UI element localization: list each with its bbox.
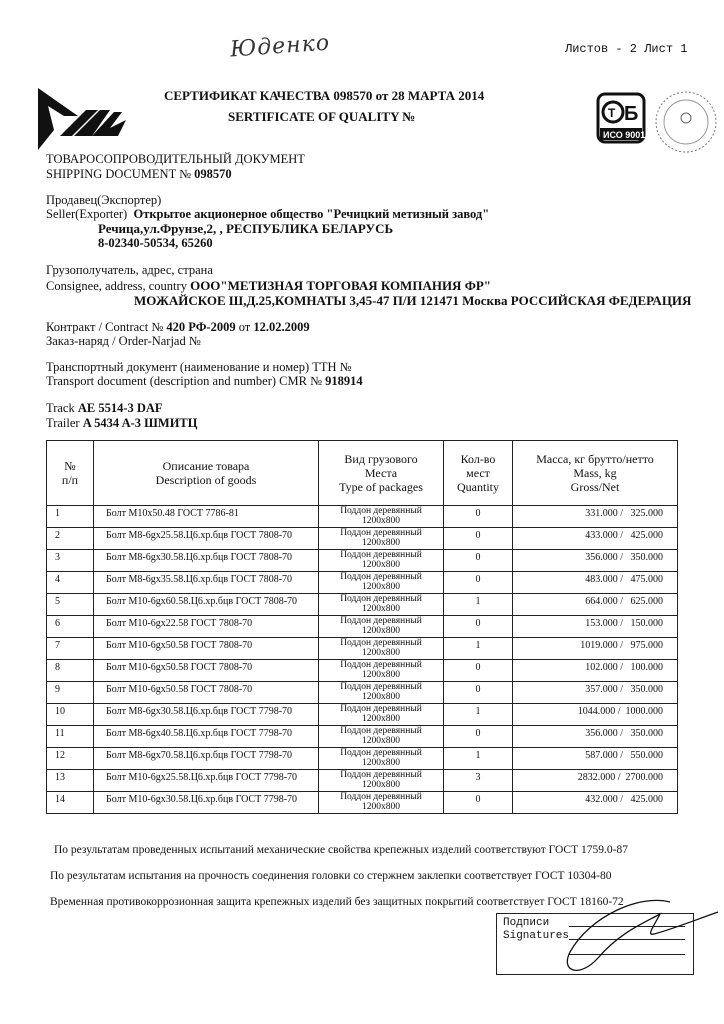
- consignee-name: ООО"МЕТИЗНАЯ ТОРГОВАЯ КОМПАНИЯ ФР": [190, 278, 491, 293]
- package-type: Поддон деревянный: [319, 572, 443, 582]
- seller-label-ru: Продавец(Экспортер): [46, 193, 161, 208]
- header-num-line: №: [47, 459, 93, 473]
- row-quantity: 1: [444, 594, 513, 616]
- package-type: Поддон деревянный: [319, 770, 443, 780]
- conclusion-mechanical: По результатам проведенных испытаний мех…: [54, 844, 628, 856]
- package-size: 1200х800: [319, 758, 443, 768]
- header-pack-line: Type of packages: [319, 480, 443, 494]
- row-number: 5: [47, 594, 94, 616]
- trailer-value: A 5434 A-3 ШМИТЦ: [83, 416, 198, 430]
- seller-phones: 8-02340-50534, 65260: [98, 236, 213, 251]
- shipping-label: SHIPPING DOCUMENT №: [46, 167, 194, 181]
- row-description: Болт М10-6gх60.58.Ц6.хр.бцв ГОСТ 7808-70: [94, 594, 319, 616]
- row-number: 9: [47, 682, 94, 704]
- package-type: Поддон деревянный: [319, 616, 443, 626]
- package-type: Поддон деревянный: [319, 594, 443, 604]
- sheet-counter: Листов - 2 Лист 1: [565, 42, 687, 56]
- row-package: Поддон деревянный1200х800: [319, 594, 444, 616]
- row-number: 13: [47, 770, 94, 792]
- package-size: 1200х800: [319, 714, 443, 724]
- handwritten-signature-icon: [550, 896, 724, 986]
- package-size: 1200х800: [319, 626, 443, 636]
- row-description: Болт М10-6gх50.58 ГОСТ 7808-70: [94, 660, 319, 682]
- header-qty-line: Quantity: [444, 480, 512, 494]
- row-package: Поддон деревянный1200х800: [319, 704, 444, 726]
- header-mass: Масса, кг брутто/нетто Mass, kg Gross/Ne…: [513, 441, 678, 506]
- table-row: 6Болт М10-6gх22.58 ГОСТ 7808-70Поддон де…: [47, 616, 678, 638]
- contract-label: Контракт / Contract №: [46, 320, 166, 334]
- row-quantity: 0: [444, 572, 513, 594]
- row-description: Болт М10-6gх50.58 ГОСТ 7808-70: [94, 638, 319, 660]
- row-package: Поддон деревянный1200х800: [319, 506, 444, 528]
- row-package: Поддон деревянный1200х800: [319, 792, 444, 814]
- row-mass: 102.000 / 100.000: [513, 660, 678, 682]
- row-quantity: 0: [444, 528, 513, 550]
- row-description: Болт М8-6gх30.58.Ц6.хр.бцв ГОСТ 7798-70: [94, 704, 319, 726]
- row-description: Болт М8-6gх70.58.Ц6.хр.бцв ГОСТ 7798-70: [94, 748, 319, 770]
- package-size: 1200х800: [319, 648, 443, 658]
- seller-row: Seller(Exporter) Открытое акционерное об…: [46, 207, 489, 222]
- consignee-label-ru: Грузополучатель, адрес, страна: [46, 263, 213, 278]
- row-number: 12: [47, 748, 94, 770]
- package-type: Поддон деревянный: [319, 638, 443, 648]
- package-size: 1200х800: [319, 560, 443, 570]
- table-row: 2Болт М8-6gх25.58.Ц6.хр.бцв ГОСТ 7808-70…: [47, 528, 678, 550]
- row-quantity: 0: [444, 682, 513, 704]
- goods-table: № п/п Описание товара Description of goo…: [46, 440, 678, 814]
- header-pack-line: Вид грузового: [319, 452, 443, 466]
- header-num-line: п/п: [47, 473, 93, 487]
- package-type: Поддон деревянный: [319, 792, 443, 802]
- track-row: Track AE 5514-3 DAF: [46, 401, 163, 416]
- package-size: 1200х800: [319, 604, 443, 614]
- cmr-number: 918914: [325, 374, 363, 388]
- row-quantity: 0: [444, 792, 513, 814]
- package-type: Поддон деревянный: [319, 660, 443, 670]
- transport-label-ru: Транспортный документ (наименование и но…: [46, 360, 352, 375]
- trailer-label: Trailer: [46, 416, 83, 430]
- row-description: Болт М8-6gх25.58.Ц6.хр.бцв ГОСТ 7808-70: [94, 528, 319, 550]
- row-mass: 1019.000 / 975.000: [513, 638, 678, 660]
- table-row: 7Болт М10-6gх50.58 ГОСТ 7808-70Поддон де…: [47, 638, 678, 660]
- table-row: 9Болт М10-6gх50.58 ГОСТ 7808-70Поддон де…: [47, 682, 678, 704]
- row-mass: 483.000 / 475.000: [513, 572, 678, 594]
- package-size: 1200х800: [319, 692, 443, 702]
- row-number: 2: [47, 528, 94, 550]
- row-package: Поддон деревянный1200х800: [319, 616, 444, 638]
- row-package: Поддон деревянный1200х800: [319, 660, 444, 682]
- row-package: Поддон деревянный1200х800: [319, 748, 444, 770]
- contract-row: Контракт / Contract № 420 РФ-2009 от 12.…: [46, 320, 310, 335]
- row-number: 10: [47, 704, 94, 726]
- row-description: Болт М10-6gх30.58.Ц6.хр.бцв ГОСТ 7798-70: [94, 792, 319, 814]
- header-mass-line: Масса, кг брутто/нетто: [513, 452, 677, 466]
- row-description: Болт М10-6gх50.58 ГОСТ 7808-70: [94, 682, 319, 704]
- package-type: Поддон деревянный: [319, 528, 443, 538]
- conclusion-corrosion: Временная противокоррозионная защита кре…: [50, 896, 624, 908]
- seller-address: Речица,ул.Фрунзе,2, , РЕСПУБЛИКА БЕЛАРУС…: [98, 221, 393, 236]
- row-number: 8: [47, 660, 94, 682]
- row-number: 1: [47, 506, 94, 528]
- row-number: 7: [47, 638, 94, 660]
- row-package: Поддон деревянный1200х800: [319, 572, 444, 594]
- conclusion-rivet: По результатам испытания на прочность со…: [50, 870, 612, 882]
- contract-number: 420 РФ-2009: [166, 320, 235, 334]
- row-quantity: 1: [444, 638, 513, 660]
- header-pack-line: Места: [319, 466, 443, 480]
- table-row: 12Болт М8-6gх70.58.Ц6.хр.бцв ГОСТ 7798-7…: [47, 748, 678, 770]
- row-quantity: 3: [444, 770, 513, 792]
- row-package: Поддон деревянный1200х800: [319, 682, 444, 704]
- package-type: Поддон деревянный: [319, 726, 443, 736]
- row-description: Болт М8-6gх30.58.Ц6.хр.бцв ГОСТ 7808-70: [94, 550, 319, 572]
- row-mass: 153.000 / 150.000: [513, 616, 678, 638]
- header-qty-line: мест: [444, 466, 512, 480]
- track-value: AE 5514-3 DAF: [78, 401, 163, 415]
- row-description: Болт М8-6gх35.58.Ц6.хр.бцв ГОСТ 7808-70: [94, 572, 319, 594]
- signatures-label-ru: Подписи: [503, 917, 549, 929]
- row-quantity: 0: [444, 726, 513, 748]
- row-number: 6: [47, 616, 94, 638]
- transport-label-en: Transport document (description and numb…: [46, 374, 325, 388]
- package-type: Поддон деревянный: [319, 682, 443, 692]
- package-size: 1200х800: [319, 670, 443, 680]
- table-row: 8Болт М10-6gх50.58 ГОСТ 7808-70Поддон де…: [47, 660, 678, 682]
- row-description: Болт М10х50.48 ГОСТ 7786-81: [94, 506, 319, 528]
- table-row: 1Болт М10х50.48 ГОСТ 7786-81Поддон дерев…: [47, 506, 678, 528]
- row-mass: 2832.000 / 2700.000: [513, 770, 678, 792]
- table-row: 5Болт М10-6gх60.58.Ц6.хр.бцв ГОСТ 7808-7…: [47, 594, 678, 616]
- seller-label-en: Seller(Exporter): [46, 207, 127, 221]
- shipping-number: 098570: [194, 167, 232, 181]
- table-row: 14Болт М10-6gх30.58.Ц6.хр.бцв ГОСТ 7798-…: [47, 792, 678, 814]
- row-mass: 357.000 / 350.000: [513, 682, 678, 704]
- package-type: Поддон деревянный: [319, 550, 443, 560]
- header-qty: Кол-во мест Quantity: [444, 441, 513, 506]
- header-mass-line: Gross/Net: [513, 480, 677, 494]
- header-desc: Описание товара Description of goods: [94, 441, 319, 506]
- package-size: 1200х800: [319, 516, 443, 526]
- shipping-title-en: SHIPPING DOCUMENT № 098570: [46, 167, 232, 182]
- header-qty-line: Кол-во: [444, 452, 512, 466]
- package-size: 1200х800: [319, 780, 443, 790]
- row-mass: 1044.000 / 1000.000: [513, 704, 678, 726]
- consignee-address: МОЖАЙСКОЕ Ш,Д.25,КОМНАТЫ 3,45-47 П/И 121…: [134, 293, 691, 308]
- consignee-row: Consignee, address, country ООО"МЕТИЗНАЯ…: [46, 278, 491, 294]
- row-mass: 433.000 / 425.000: [513, 528, 678, 550]
- package-type: Поддон деревянный: [319, 704, 443, 714]
- transport-row: Transport document (description and numb…: [46, 374, 363, 389]
- goods-table-body: 1Болт М10х50.48 ГОСТ 7786-81Поддон дерев…: [47, 506, 678, 814]
- track-label: Track: [46, 401, 78, 415]
- row-mass: 331.000 / 325.000: [513, 506, 678, 528]
- row-mass: 356.000 / 350.000: [513, 726, 678, 748]
- trailer-row: Trailer A 5434 A-3 ШМИТЦ: [46, 416, 197, 431]
- svg-text:Б: Б: [624, 103, 638, 125]
- row-number: 3: [47, 550, 94, 572]
- company-logo-icon: [34, 86, 134, 152]
- contract-date-prefix: от: [236, 320, 254, 334]
- row-package: Поддон деревянный1200х800: [319, 550, 444, 572]
- table-row: 11Болт М8-6gх40.58.Ц6.хр.бцв ГОСТ 7798-7…: [47, 726, 678, 748]
- row-description: Болт М8-6gх40.58.Ц6.хр.бцв ГОСТ 7798-70: [94, 726, 319, 748]
- row-mass: 356.000 / 350.000: [513, 550, 678, 572]
- row-quantity: 1: [444, 748, 513, 770]
- row-number: 11: [47, 726, 94, 748]
- row-quantity: 1: [444, 704, 513, 726]
- goods-table-header: № п/п Описание товара Description of goo…: [47, 441, 678, 506]
- row-number: 14: [47, 792, 94, 814]
- row-package: Поддон деревянный1200х800: [319, 638, 444, 660]
- shipping-title-ru: ТОВАРОСОПРОВОДИТЕЛЬНЫЙ ДОКУМЕНТ: [46, 152, 305, 167]
- table-row: 13Болт М10-6gх25.58.Ц6.хр.бцв ГОСТ 7798-…: [47, 770, 678, 792]
- row-mass: 432.000 / 425.000: [513, 792, 678, 814]
- certificate-title-ru: СЕРТИФИКАТ КАЧЕСТВА 098570 от 28 МАРТА 2…: [164, 88, 484, 104]
- package-size: 1200х800: [319, 582, 443, 592]
- package-type: Поддон деревянный: [319, 506, 443, 516]
- svg-text:Т: Т: [608, 106, 616, 120]
- row-quantity: 0: [444, 506, 513, 528]
- header-pack: Вид грузового Места Type of packages: [319, 441, 444, 506]
- header-desc-line: Description of goods: [94, 473, 318, 487]
- row-description: Болт М10-6gх25.58.Ц6.хр.бцв ГОСТ 7798-70: [94, 770, 319, 792]
- row-mass: 664.000 / 625.000: [513, 594, 678, 616]
- row-package: Поддон деревянный1200х800: [319, 770, 444, 792]
- row-package: Поддон деревянный1200х800: [319, 528, 444, 550]
- table-row: 4Болт М8-6gх35.58.Ц6.хр.бцв ГОСТ 7808-70…: [47, 572, 678, 594]
- row-number: 4: [47, 572, 94, 594]
- header-num: № п/п: [47, 441, 94, 506]
- seller-name: Открытое акционерное общество "Речицкий …: [133, 207, 489, 221]
- consignee-label-en: Consignee, address, country: [46, 279, 187, 293]
- row-quantity: 0: [444, 660, 513, 682]
- row-package: Поддон деревянный1200х800: [319, 726, 444, 748]
- package-size: 1200х800: [319, 802, 443, 812]
- handwritten-note: Юденко: [229, 31, 331, 63]
- package-size: 1200х800: [319, 538, 443, 548]
- row-quantity: 0: [444, 616, 513, 638]
- certificate-title-en: SERTIFICATE OF QUALITY №: [228, 109, 415, 125]
- header-desc-line: Описание товара: [94, 459, 318, 473]
- package-type: Поддон деревянный: [319, 748, 443, 758]
- svg-text:ИСО 9001: ИСО 9001: [603, 130, 645, 140]
- header-mass-line: Mass, kg: [513, 466, 677, 480]
- order-label: Заказ-наряд / Order-Narjad №: [46, 334, 201, 349]
- row-mass: 587.000 / 550.000: [513, 748, 678, 770]
- row-description: Болт М10-6gх22.58 ГОСТ 7808-70: [94, 616, 319, 638]
- table-row: 10Болт М8-6gх30.58.Ц6.хр.бцв ГОСТ 7798-7…: [47, 704, 678, 726]
- certification-marks-icon: Т Б ИСО 9001: [596, 90, 720, 160]
- table-row: 3Болт М8-6gх30.58.Ц6.хр.бцв ГОСТ 7808-70…: [47, 550, 678, 572]
- contract-date: 12.02.2009: [253, 320, 309, 334]
- package-size: 1200х800: [319, 736, 443, 746]
- row-quantity: 0: [444, 550, 513, 572]
